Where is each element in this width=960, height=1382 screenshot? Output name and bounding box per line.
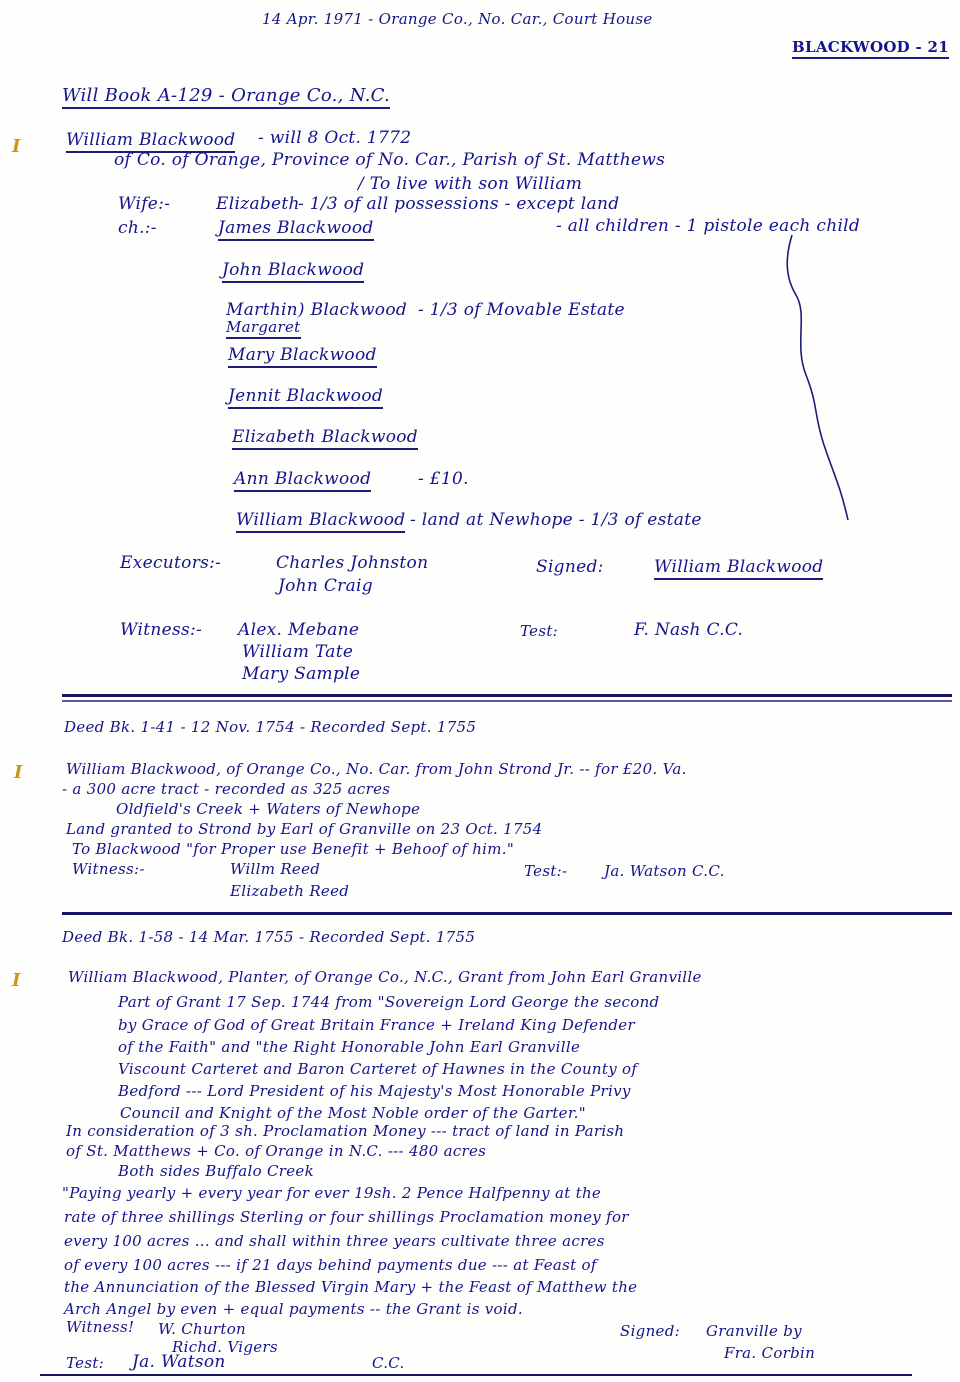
- signed-name: William Blackwood: [654, 557, 823, 580]
- deed2-line: of the Faith" and "the Right Honorable J…: [118, 1038, 580, 1056]
- wife-note: / To live with son William: [358, 174, 582, 194]
- child-bequest: - £10.: [418, 469, 469, 489]
- deed2-line: Both sides Buffalo Creek: [118, 1162, 314, 1180]
- child-name: Marthin) Blackwood: [226, 300, 407, 320]
- deed2-line: "Paying yearly + every year for ever 19s…: [62, 1184, 601, 1202]
- deed1-line: William Blackwood, of Orange Co., No. Ca…: [66, 760, 687, 778]
- deed2-line: the Annunciation of the Blessed Virgin M…: [64, 1278, 637, 1296]
- deed2-test-name: Ja. Watson: [132, 1352, 226, 1372]
- wife-name: Elizabeth: [216, 194, 300, 214]
- children-label: ch.:-: [118, 218, 157, 238]
- section-divider: [62, 912, 952, 915]
- deed2-line: every 100 acres ... and shall within thr…: [64, 1232, 605, 1250]
- children-note: - all children - 1 pistole each child: [556, 216, 860, 236]
- deed1-witness-label: Witness:-: [72, 860, 145, 878]
- deed1-line: Oldfield's Creek + Waters of Newhope: [116, 800, 420, 818]
- source-line: 14 Apr. 1971 - Orange Co., No. Car., Cou…: [262, 10, 653, 28]
- will-book-ref: Will Book A-129 - Orange Co., N.C.: [62, 85, 390, 109]
- bottom-rule: [40, 1374, 912, 1376]
- deed2-line: of St. Matthews + Co. of Orange in N.C. …: [66, 1142, 486, 1160]
- deed2-signed-line: Granville by: [706, 1322, 802, 1340]
- deed2-line: Viscount Carteret and Baron Carteret of …: [118, 1060, 637, 1078]
- child-name: William Blackwood: [236, 510, 405, 533]
- deed1-line: - a 300 acre tract - recorded as 325 acr…: [62, 780, 390, 798]
- margin-mark-deed2: I: [12, 970, 20, 991]
- child-name: John Blackwood: [222, 260, 364, 283]
- deed2-signed-line: Fra. Corbin: [724, 1344, 815, 1362]
- child-name: James Blackwood: [218, 218, 374, 241]
- wife-bequest: - 1/3 of all possessions - except land: [298, 194, 619, 214]
- deed2-line: Part of Grant 17 Sep. 1744 from "Soverei…: [118, 993, 659, 1011]
- deed2-witness-label: Witness!: [66, 1318, 134, 1336]
- witness: Alex. Mebane: [238, 620, 359, 640]
- witness: Mary Sample: [242, 664, 360, 684]
- signed-label: Signed:: [536, 557, 604, 577]
- child-alt-name: Margaret: [226, 318, 301, 339]
- page-label: BLACKWOOD - 21: [792, 38, 949, 59]
- witness-label: Witness:-: [120, 620, 202, 640]
- margin-mark-will: I: [12, 136, 20, 157]
- witness: William Tate: [242, 642, 353, 662]
- deed2-line: rate of three shillings Sterling or four…: [64, 1208, 629, 1226]
- child-name: Jennit Blackwood: [228, 386, 383, 409]
- margin-mark-deed1: I: [14, 762, 22, 783]
- child-name: Elizabeth Blackwood: [232, 427, 418, 450]
- deed2-witness: W. Churton: [158, 1320, 246, 1338]
- deed1-test-label: Test:-: [524, 862, 567, 880]
- child-bequest: - 1/3 of Movable Estate: [418, 300, 625, 320]
- child-bequest: - land at Newhope - 1/3 of estate: [410, 510, 702, 530]
- section-divider: [62, 700, 952, 702]
- deed2-line: by Grace of God of Great Britain France …: [118, 1016, 635, 1034]
- deed1-test-name: Ja. Watson C.C.: [604, 862, 725, 880]
- child-name: Ann Blackwood: [234, 469, 371, 492]
- executor: Charles Johnston: [276, 553, 428, 573]
- deed2-test-label: Test:: [66, 1354, 104, 1372]
- deed1-line: To Blackwood "for Proper use Benefit + B…: [72, 840, 514, 858]
- test-label: Test:: [520, 622, 558, 640]
- section-divider: [62, 694, 952, 697]
- deed2-line: Arch Angel by even + equal payments -- t…: [64, 1300, 523, 1318]
- deed1-line: Land granted to Strond by Earl of Granvi…: [66, 820, 543, 838]
- executors-label: Executors:-: [120, 553, 221, 573]
- deed2-signed-label: Signed:: [620, 1322, 680, 1340]
- deed1-witness: Elizabeth Reed: [230, 882, 349, 900]
- deed2-test-suffix: C.C.: [372, 1354, 405, 1372]
- will-date: - will 8 Oct. 1772: [258, 128, 411, 148]
- deed2-line: William Blackwood, Planter, of Orange Co…: [68, 968, 702, 986]
- deed2-line: Council and Knight of the Most Noble ord…: [120, 1104, 586, 1122]
- deed2-line: of every 100 acres --- if 21 days behind…: [64, 1256, 597, 1274]
- deed1-ref: Deed Bk. 1-41 - 12 Nov. 1754 - Recorded …: [64, 718, 476, 736]
- bracket-line: [780, 235, 860, 525]
- executor: John Craig: [278, 576, 373, 596]
- deed2-line: Bedford --- Lord President of his Majest…: [118, 1082, 631, 1100]
- deed2-line: In consideration of 3 sh. Proclamation M…: [66, 1122, 624, 1140]
- test-name: F. Nash C.C.: [634, 620, 743, 640]
- deed2-ref: Deed Bk. 1-58 - 14 Mar. 1755 - Recorded …: [62, 928, 475, 946]
- child-name: Mary Blackwood: [228, 345, 377, 368]
- wife-label: Wife:-: [118, 194, 170, 214]
- deed1-witness: Willm Reed: [230, 860, 320, 878]
- testator-residence: of Co. of Orange, Province of No. Car., …: [114, 150, 665, 170]
